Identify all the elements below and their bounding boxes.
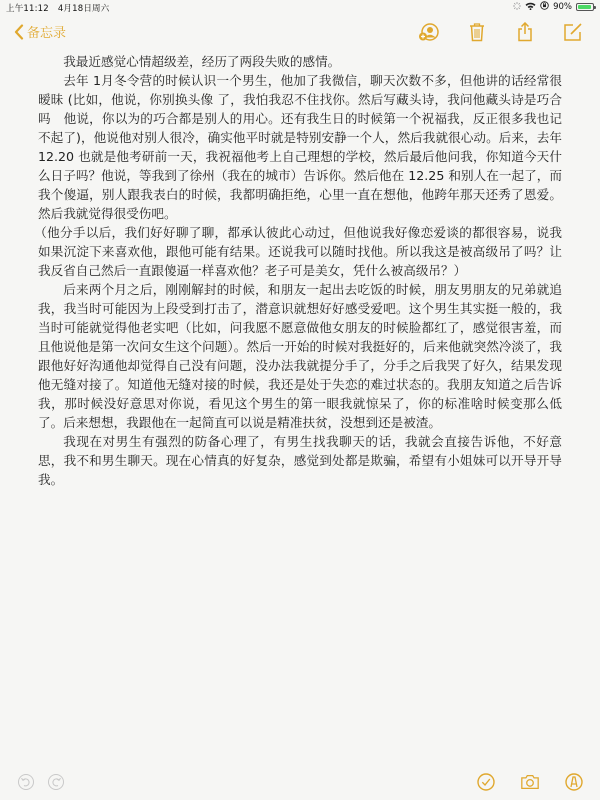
status-date: 4月18日周六	[58, 4, 110, 14]
nav-bar: 备忘录	[0, 18, 600, 48]
note-paragraph: 后来两个月之后，刚刚解封的时候，和朋友一起出去吃饭的时候，朋友男朋友的兄弟就追我…	[38, 280, 562, 432]
redo-icon[interactable]	[46, 772, 66, 792]
add-person-icon[interactable]	[418, 21, 440, 43]
chevron-left-icon	[14, 24, 24, 40]
back-button[interactable]: 备忘录	[14, 22, 66, 41]
status-indicators: 90%	[513, 1, 594, 13]
battery-charging-icon	[576, 3, 594, 11]
note-paragraph: 去年 1月冬令营的时候认识一个男生，他加了我微信，聊天次数不多，但他讲的话经常很…	[38, 71, 562, 223]
undo-icon[interactable]	[16, 772, 36, 792]
wifi-icon	[525, 2, 536, 13]
checklist-icon[interactable]	[476, 772, 496, 792]
activity-icon	[513, 2, 521, 13]
status-time-date: 上午11:12 4月18日周六	[6, 2, 115, 14]
note-paragraph: （他分手以后，我们好好聊了聊，都承认彼此心动过，但他说我好像恋爱谈的都很容易，说…	[38, 223, 562, 280]
orientation-lock-icon	[540, 1, 549, 13]
trash-icon[interactable]	[466, 21, 488, 43]
markup-icon[interactable]	[564, 772, 584, 792]
share-icon[interactable]	[514, 21, 536, 43]
nav-actions	[418, 21, 584, 43]
note-paragraph: 我最近感觉心情超级差，经历了两段失败的感情。	[38, 52, 562, 71]
note-body[interactable]: 我最近感觉心情超级差，经历了两段失败的感情。 去年 1月冬令营的时候认识一个男生…	[38, 52, 562, 489]
compose-icon[interactable]	[562, 21, 584, 43]
note-paragraph: 我现在对男生有强烈的防备心理了，有男生找我聊天的话，我就会直接告诉他，不好意思，…	[38, 432, 562, 489]
bottom-toolbar	[0, 760, 600, 800]
camera-icon[interactable]	[520, 772, 540, 792]
status-time: 上午11:12	[6, 4, 49, 14]
back-label: 备忘录	[27, 22, 66, 41]
battery-percent: 90%	[553, 2, 572, 12]
status-bar: 上午11:12 4月18日周六 90%	[0, 0, 600, 14]
